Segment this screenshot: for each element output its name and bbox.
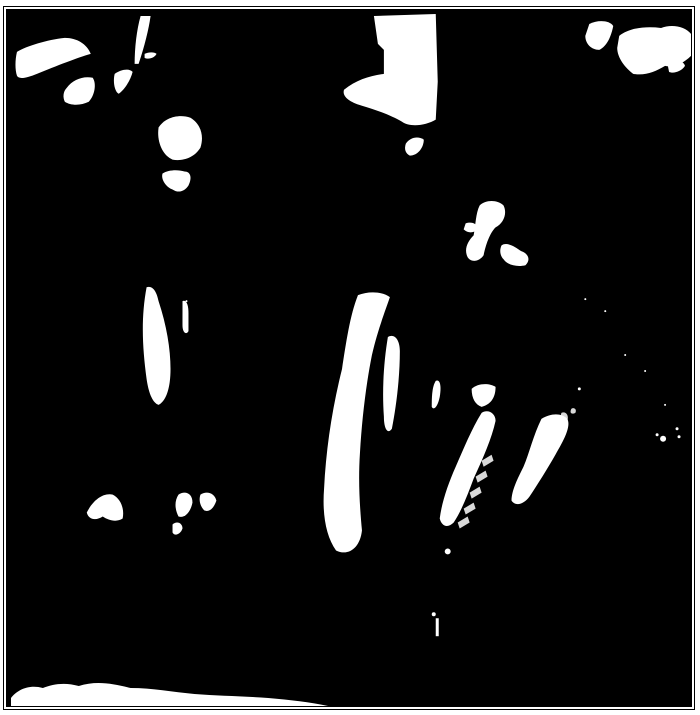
speck — [660, 436, 666, 442]
right-figure-coat-right — [512, 414, 569, 504]
speck — [624, 354, 626, 356]
photo-area — [6, 9, 692, 707]
top-left-sliver — [114, 70, 133, 94]
speck — [436, 618, 439, 636]
left-figure-foot-1 — [87, 494, 123, 520]
speck — [664, 404, 666, 406]
right-figure-lapel-dash — [432, 381, 441, 409]
left-figure-cuff — [182, 301, 188, 333]
right-figure-coat-inner — [383, 336, 400, 431]
right-figure-cheek — [500, 244, 528, 266]
top-right-patch — [585, 21, 613, 50]
thresholded-photo — [7, 10, 691, 706]
speck — [656, 433, 659, 436]
speck — [644, 370, 646, 372]
speck — [676, 427, 679, 430]
left-figure-foot-4 — [173, 522, 183, 534]
speck — [678, 435, 681, 438]
top-right-sliver — [667, 61, 685, 73]
speck — [584, 298, 586, 300]
speck — [432, 612, 436, 616]
top-left-patch — [15, 38, 90, 78]
left-figure-collar — [162, 170, 190, 191]
left-figure-head — [158, 116, 202, 160]
speck — [445, 548, 451, 554]
photo-frame — [3, 6, 695, 710]
right-figure-coat-right-grain — [561, 408, 576, 421]
right-figure-shirt-collar — [472, 384, 496, 407]
right-figure-coat-left — [324, 292, 390, 552]
left-figure-leg — [143, 287, 171, 405]
left-figure-foot-3 — [200, 493, 217, 511]
speck — [604, 310, 606, 312]
left-figure-foot-2 — [176, 493, 193, 517]
speck — [185, 300, 187, 302]
speck — [578, 387, 581, 390]
top-center-block — [344, 14, 438, 125]
top-left-dot — [145, 52, 157, 58]
top-center-drip — [405, 138, 424, 156]
top-left-patch-2 — [64, 77, 95, 104]
